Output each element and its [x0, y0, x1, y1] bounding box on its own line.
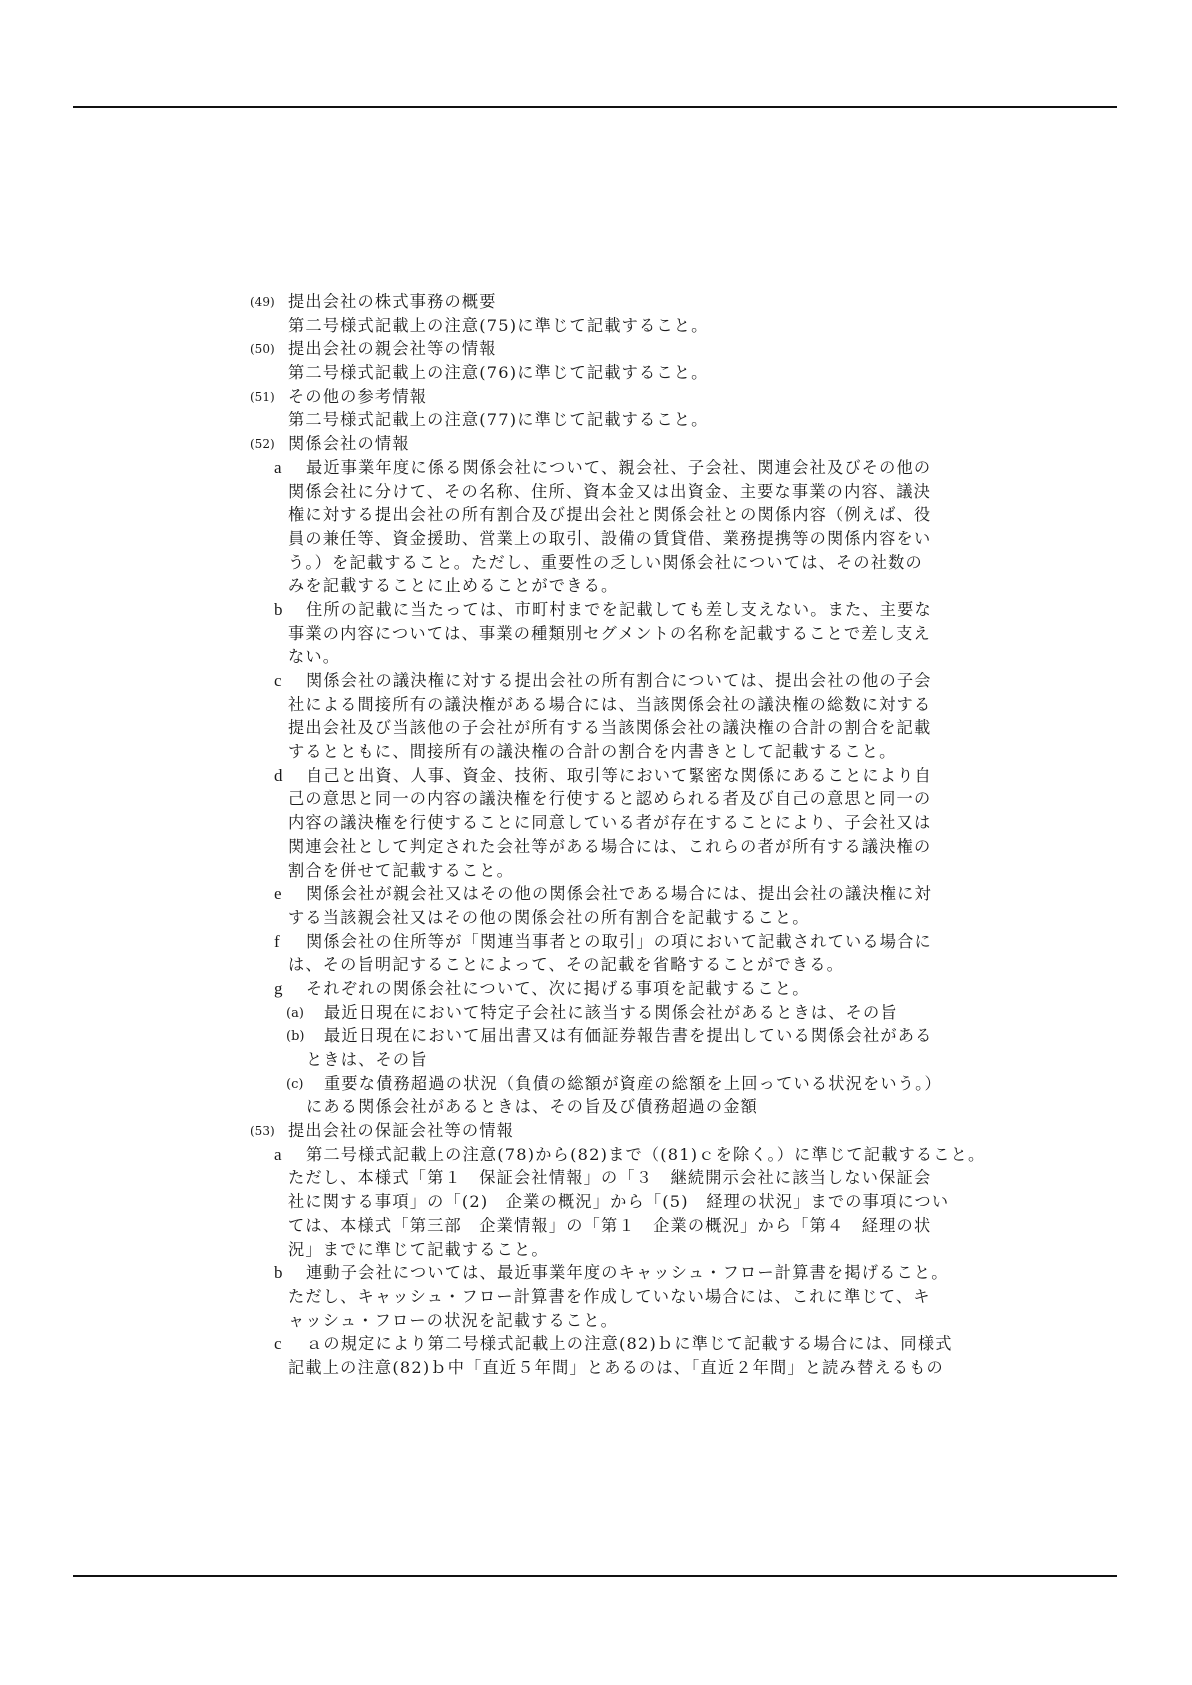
item-line: するとともに、間接所有の議決権の合計の割合を内書きとして記載すること。 [250, 740, 990, 764]
item-label: d [274, 764, 283, 788]
item-line: a第二号様式記載上の注意(78)から(82)まで（(81)ｃを除く。）に準じて記… [250, 1143, 990, 1167]
item-line: みを記載することに止めることができる。 [250, 574, 990, 598]
item-line: 割合を併せて記載すること。 [250, 859, 990, 883]
subitem-line: (a)最近日現在において特定子会社に該当する関係会社があるときは、その旨 [250, 1001, 990, 1025]
item-line: a最近事業年度に係る関係会社について、親会社、子会社、関連会社及びその他の [250, 456, 990, 480]
section-number: (51) [250, 386, 275, 410]
item-line: 権に対する提出会社の所有割合及び提出会社と関係会社との関係内容（例えば、役 [250, 503, 990, 527]
item-line: 社に関する事項」の「(2) 企業の概況」から「(5) 経理の状況」までの事項につ… [250, 1190, 990, 1214]
section-number: (52) [250, 433, 275, 457]
section-heading: (50)提出会社の親会社等の情報 [250, 337, 990, 361]
footer-rule [73, 1575, 1117, 1577]
subitem-line: (c)重要な債務超過の状況（負債の総額が資産の総額を上回っている状況をいう。） [250, 1072, 990, 1096]
item-line: する当該親会社又はその他の関係会社の所有割合を記載すること。 [250, 906, 990, 930]
section-heading: (49)提出会社の株式事務の概要 [250, 290, 990, 314]
item-line: ては、本様式「第三部 企業情報」の「第１ 企業の概況」から「第４ 経理の状 [250, 1214, 990, 1238]
subitem-line: (b)最近日現在において届出書又は有価証券報告書を提出している関係会社がある [250, 1024, 990, 1048]
item-line: ただし、本様式「第１ 保証会社情報」の「３ 継続開示会社に該当しない保証会 [250, 1166, 990, 1190]
item-label: b [274, 598, 283, 622]
item-label: b [274, 1261, 283, 1285]
header-rule [73, 106, 1117, 108]
section-body-line: 第二号様式記載上の注意(77)に準じて記載すること。 [250, 408, 990, 432]
subitem-label: (c) [286, 1073, 303, 1097]
subitem-label: (b) [286, 1025, 304, 1049]
item-line: ない。 [250, 645, 990, 669]
item-line: 提出会社及び当該他の子会社が所有する当該関係会社の議決権の合計の割合を記載 [250, 716, 990, 740]
item-line: b連動子会社については、最近事業年度のキャッシュ・フロー計算書を掲げること。 [250, 1261, 990, 1285]
item-line: ャッシュ・フローの状況を記載すること。 [250, 1309, 990, 1333]
section-body-line: 第二号様式記載上の注意(75)に準じて記載すること。 [250, 314, 990, 338]
section-body-line: 第二号様式記載上の注意(76)に準じて記載すること。 [250, 361, 990, 385]
section-heading: (52)関係会社の情報 [250, 432, 990, 456]
item-label: a [274, 456, 282, 480]
item-line: 内容の議決権を行使することに同意している者が存在することにより、子会社又は [250, 811, 990, 835]
item-line: e関係会社が親会社又はその他の関係会社である場合には、提出会社の議決権に対 [250, 882, 990, 906]
item-label: c [274, 669, 282, 693]
item-line: 己の意思と同一の内容の議決権を行使すると認められる者及び自己の意思と同一の [250, 787, 990, 811]
section-heading: (51)その他の参考情報 [250, 385, 990, 409]
subitem-label: (a) [286, 1002, 304, 1026]
item-line: 況」までに準じて記載すること。 [250, 1238, 990, 1262]
section-number: (53) [250, 1120, 275, 1144]
item-line: 員の兼任等、資金援助、営業上の取引、設備の賃貸借、業務提携等の関係内容をい [250, 527, 990, 551]
section-number: (50) [250, 338, 275, 362]
section-heading: (53)提出会社の保証会社等の情報 [250, 1119, 990, 1143]
item-label: g [274, 977, 283, 1001]
subitem-line: にある関係会社があるときは、その旨及び債務超過の金額 [250, 1095, 990, 1119]
item-line: う。）を記載すること。ただし、重要性の乏しい関係会社については、その社数の [250, 551, 990, 575]
item-line: 記載上の注意(82)ｂ中「直近５年間」とあるのは、「直近２年間」と読み替えるもの [250, 1356, 990, 1380]
item-line: は、その旨明記することによって、その記載を省略することができる。 [250, 953, 990, 977]
item-label: f [274, 930, 280, 954]
item-line: d自己と出資、人事、資金、技術、取引等において緊密な関係にあることにより自 [250, 764, 990, 788]
item-line: cａの規定により第二号様式記載上の注意(82)ｂに準じて記載する場合には、同様式 [250, 1332, 990, 1356]
item-label: e [274, 882, 282, 906]
item-line: c関係会社の議決権に対する提出会社の所有割合については、提出会社の他の子会 [250, 669, 990, 693]
subitem-line: ときは、その旨 [250, 1048, 990, 1072]
section-number: (49) [250, 291, 275, 315]
item-line: f関係会社の住所等が「関連当事者との取引」の項において記載されている場合に [250, 930, 990, 954]
item-line: 事業の内容については、事業の種類別セグメントの名称を記載することで差し支え [250, 622, 990, 646]
item-line: 関係会社に分けて、その名称、住所、資本金又は出資金、主要な事業の内容、議決 [250, 480, 990, 504]
item-line: 関連会社として判定された会社等がある場合には、これらの者が所有する議決権の [250, 835, 990, 859]
document-body: (49)提出会社の株式事務の概要 第二号様式記載上の注意(75)に準じて記載する… [250, 290, 990, 1380]
item-line: b住所の記載に当たっては、市町村までを記載しても差し支えない。また、主要な [250, 598, 990, 622]
item-line: ただし、キャッシュ・フロー計算書を作成していない場合には、これに準じて、キ [250, 1285, 990, 1309]
item-line: gそれぞれの関係会社について、次に掲げる事項を記載すること。 [250, 977, 990, 1001]
item-label: c [274, 1332, 282, 1356]
item-label: a [274, 1143, 282, 1167]
item-line: 社による間接所有の議決権がある場合には、当該関係会社の議決権の総数に対する [250, 693, 990, 717]
